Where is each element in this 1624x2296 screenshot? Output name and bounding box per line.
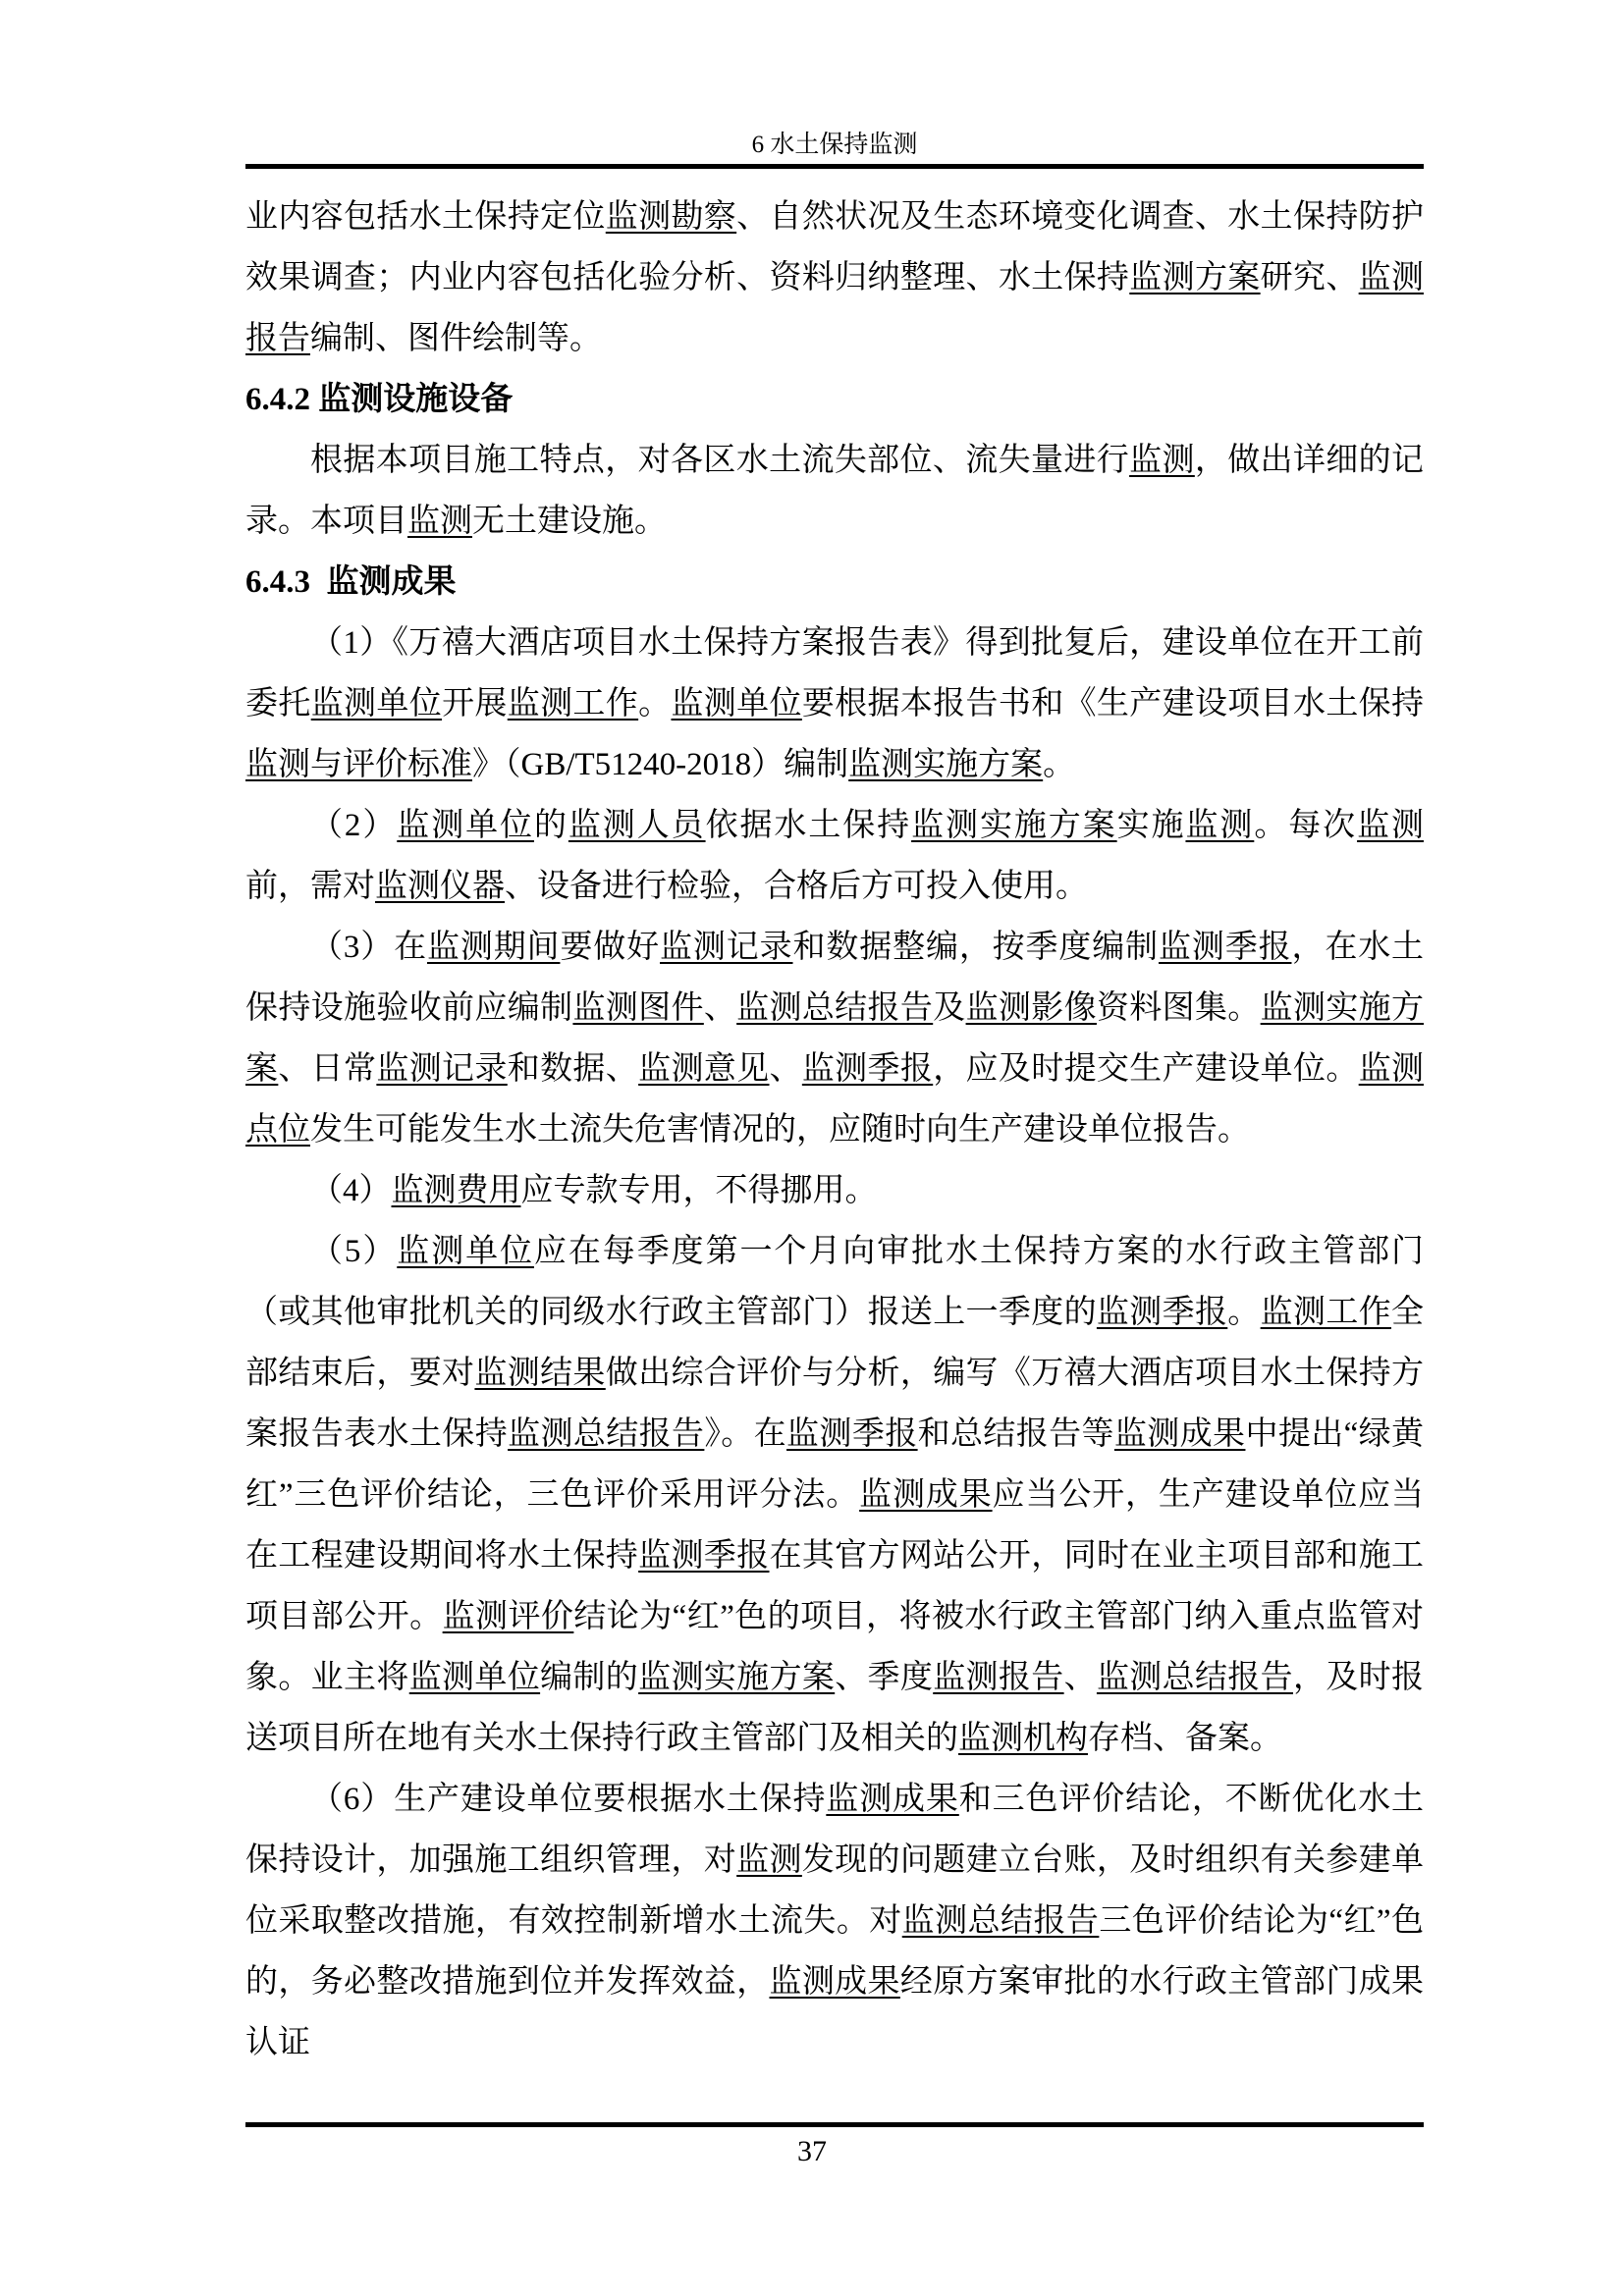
text-run: （3）在 xyxy=(310,930,427,965)
underlined-term: 监测方案 xyxy=(1129,260,1260,295)
text-run: 6.4.3 监测成果 xyxy=(245,564,457,600)
text-run: 和数据、 xyxy=(508,1051,638,1087)
text-run: 实施 xyxy=(1117,808,1186,843)
paragraph: （6）生产建设单位要根据水土保持监测成果和三色评价结论，不断优化水土保持设计，加… xyxy=(245,1769,1424,2073)
text-run: 发生可能发生水土流失危害情况的，应随时向生产建设单位报告。 xyxy=(310,1112,1250,1148)
underlined-term: 监测总结报告 xyxy=(1097,1660,1293,1695)
text-run: 6.4.2 监测设施设备 xyxy=(245,382,513,417)
paragraph: 业内容包括水土保持定位监测勘察、自然状况及生态环境变化调查、水土保持防护效果调查… xyxy=(245,187,1424,369)
text-run: 、 xyxy=(704,990,736,1026)
underlined-term: 监测 xyxy=(736,1842,802,1878)
text-run: （4） xyxy=(310,1173,392,1208)
text-run: 。 xyxy=(1227,1295,1260,1330)
header-rule xyxy=(245,164,1424,169)
text-run: 。每次 xyxy=(1254,808,1357,843)
text-run: 无土建设施。 xyxy=(472,504,667,539)
underlined-term: 监测单位 xyxy=(671,686,801,721)
text-run: 资料图集。 xyxy=(1097,990,1261,1026)
text-run: 编制、图件绘制等。 xyxy=(310,321,602,356)
underlined-term: 监测单位 xyxy=(397,808,534,843)
underlined-term: 监测与评价标准 xyxy=(245,747,472,782)
text-run: 的 xyxy=(534,808,568,843)
document-page: 6 水土保持监测 业内容包括水土保持定位监测勘察、自然状况及生态环境变化调查、水… xyxy=(0,0,1624,2296)
text-run: 和数据整编，按季度编制 xyxy=(793,930,1160,965)
underlined-term: 监测季报 xyxy=(802,1051,933,1087)
underlined-term: 监测 xyxy=(1129,443,1195,478)
underlined-term: 监测总结报告 xyxy=(508,1416,704,1452)
text-run: 前，需对 xyxy=(245,869,375,904)
underlined-term: 监测 xyxy=(407,504,472,539)
text-run: 要根据本报告书和《生产建设项目水土保持 xyxy=(802,686,1424,721)
underlined-term: 监测费用 xyxy=(392,1173,521,1208)
text-run: 根据本项目施工特点，对各区水土流失部位、流失量进行 xyxy=(310,443,1129,478)
underlined-term: 监测季报 xyxy=(786,1416,918,1452)
underlined-term: 监测总结报告 xyxy=(902,1903,1100,1939)
underlined-term: 监测意见 xyxy=(638,1051,769,1087)
text-run: 编制的 xyxy=(540,1660,638,1695)
footer-rule xyxy=(245,2122,1424,2127)
underlined-term: 监测工作 xyxy=(508,686,638,721)
text-run: 、日常 xyxy=(278,1051,376,1087)
paragraph: （2）监测单位的监测人员依据水土保持监测实施方案实施监测。每次监测前，需对监测仪… xyxy=(245,795,1424,917)
text-run: 要做好 xyxy=(560,930,660,965)
underlined-term: 监测成果 xyxy=(826,1782,958,1817)
text-run: 研究、 xyxy=(1261,260,1359,295)
underlined-term: 监测成果 xyxy=(859,1477,992,1513)
underlined-term: 监测季报 xyxy=(1159,930,1291,965)
text-run: 开展 xyxy=(442,686,508,721)
text-run: 、季度 xyxy=(835,1660,933,1695)
underlined-term: 监测单位 xyxy=(397,1234,534,1269)
underlined-term: 监测实施方案 xyxy=(638,1660,835,1695)
text-run: （6）生产建设单位要根据水土保持 xyxy=(310,1782,826,1817)
underlined-term: 监测报告 xyxy=(933,1660,1063,1695)
text-run: 》（GB/T51240-2018）编制 xyxy=(472,747,848,782)
text-run: 存档、备案。 xyxy=(1088,1721,1282,1756)
text-run: 、 xyxy=(1064,1660,1097,1695)
text-run: 依据水土保持 xyxy=(706,808,912,843)
text-run: 、 xyxy=(770,1051,802,1087)
text-run: （5） xyxy=(310,1234,397,1269)
underlined-term: 监测成果 xyxy=(770,1964,900,2000)
underlined-term: 监测勘察 xyxy=(606,199,736,235)
section-heading: 6.4.2 监测设施设备 xyxy=(245,369,1424,430)
underlined-term: 监测结果 xyxy=(474,1356,605,1391)
underlined-term: 监测机构 xyxy=(958,1721,1088,1756)
underlined-term: 监测实施方案 xyxy=(848,747,1043,782)
underlined-term: 监测 xyxy=(1357,808,1424,843)
underlined-term: 监测季报 xyxy=(1097,1295,1227,1330)
text-run: 业内容包括水土保持定位 xyxy=(245,199,606,235)
text-run: 。 xyxy=(1043,747,1075,782)
document-body: 业内容包括水土保持定位监测勘察、自然状况及生态环境变化调查、水土保持防护效果调查… xyxy=(245,187,1424,2073)
text-run: 》。在 xyxy=(704,1416,786,1452)
underlined-term: 监测实施方案 xyxy=(911,808,1117,843)
underlined-term: 监测评价 xyxy=(443,1599,574,1634)
text-run: 应专款专用，不得挪用。 xyxy=(521,1173,878,1208)
text-run: 。 xyxy=(638,686,671,721)
paragraph: （1）《万禧大酒店项目水土保持方案报告表》得到批复后，建设单位在开工前委托监测单… xyxy=(245,613,1424,795)
page-number: 37 xyxy=(0,2132,1624,2171)
text-run: 及 xyxy=(933,990,965,1026)
text-run: 、设备进行检验，合格后方可投入使用。 xyxy=(505,869,1088,904)
underlined-term: 监测成果 xyxy=(1114,1416,1246,1452)
page-header-title: 6 水土保持监测 xyxy=(245,126,1424,165)
underlined-term: 监测工作 xyxy=(1261,1295,1391,1330)
section-heading: 6.4.3 监测成果 xyxy=(245,552,1424,613)
underlined-term: 监测单位 xyxy=(311,686,442,721)
underlined-term: 监测记录 xyxy=(376,1051,507,1087)
underlined-term: 监测图件 xyxy=(572,990,703,1026)
text-run: （2） xyxy=(310,808,397,843)
underlined-term: 监测总结报告 xyxy=(736,990,933,1026)
underlined-term: 监测单位 xyxy=(409,1660,540,1695)
paragraph: （3）在监测期间要做好监测记录和数据整编，按季度编制监测季报，在水土保持设施验收… xyxy=(245,917,1424,1160)
underlined-term: 监测影像 xyxy=(966,990,1097,1026)
underlined-term: 监测季报 xyxy=(638,1538,769,1574)
paragraph: 根据本项目施工特点，对各区水土流失部位、流失量进行监测，做出详细的记录。本项目监… xyxy=(245,430,1424,552)
underlined-term: 监测记录 xyxy=(660,930,792,965)
text-run: 和总结报告等 xyxy=(918,1416,1114,1452)
underlined-term: 监测期间 xyxy=(427,930,560,965)
underlined-term: 监测人员 xyxy=(568,808,706,843)
paragraph: （4）监测费用应专款专用，不得挪用。 xyxy=(245,1160,1424,1221)
underlined-term: 监测 xyxy=(1185,808,1254,843)
text-run: ，应及时提交生产建设单位。 xyxy=(933,1051,1358,1087)
paragraph: （5）监测单位应在每季度第一个月向审批水土保持方案的水行政主管部门（或其他审批机… xyxy=(245,1221,1424,1769)
underlined-term: 监测仪器 xyxy=(375,869,505,904)
